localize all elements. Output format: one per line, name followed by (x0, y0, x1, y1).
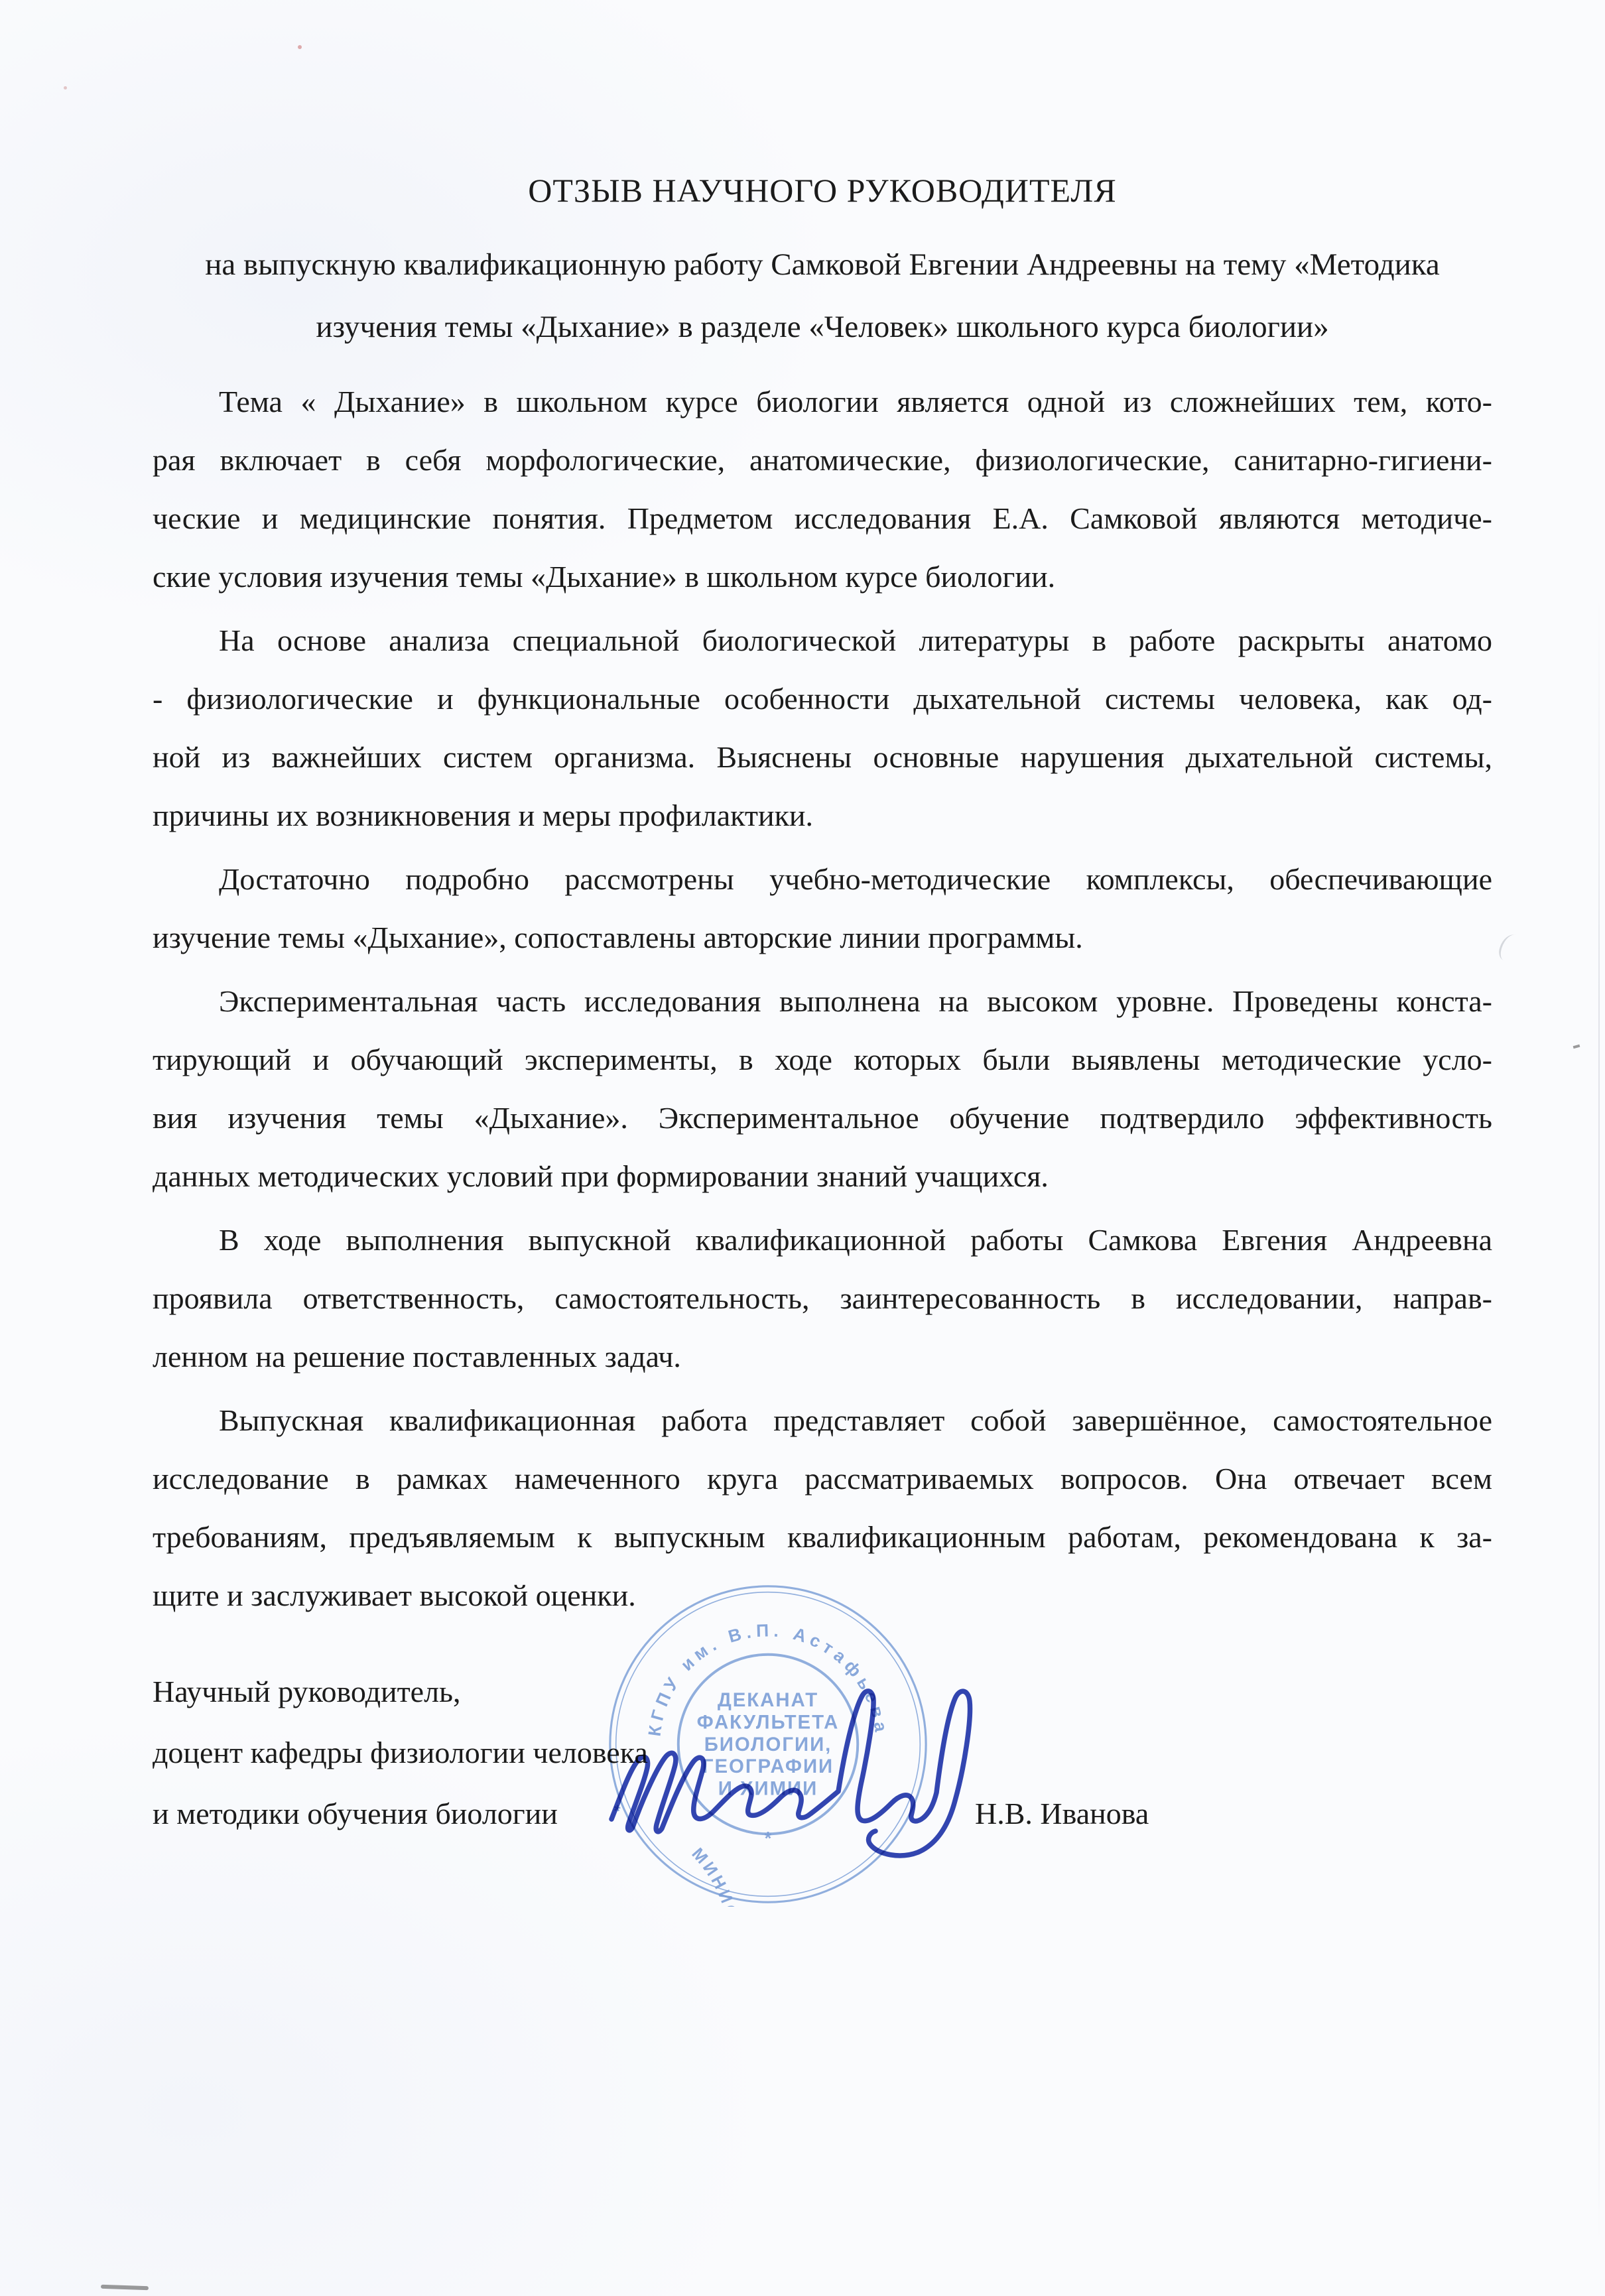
scanned-review-document: ОТЗЫВ НАУЧНОГО РУКОВОДИТЕЛЯ на выпускную… (0, 0, 1605, 2296)
text-line: ческие и медицинские понятия. Предметом … (153, 489, 1492, 548)
page-title: ОТЗЫВ НАУЧНОГО РУКОВОДИТЕЛЯ (153, 167, 1492, 214)
paragraph: Достаточно подробно рассмотрены учебно-м… (153, 850, 1492, 967)
scan-crease (1496, 932, 1523, 964)
paragraph: В ходе выполнения выпускной квалификацио… (153, 1211, 1492, 1386)
text-line: ленном на решение поставленных задач. (153, 1328, 1492, 1386)
scan-speck (64, 86, 67, 90)
signature-graphic (597, 1661, 995, 1867)
subtitle-line: изучения темы «Дыхание» в разделе «Челов… (153, 296, 1492, 358)
signature-stroke (611, 1691, 970, 1856)
text-line: Достаточно подробно рассмотрены учебно-м… (153, 850, 1492, 909)
document-body: Тема « Дыхание» в школьном курсе биологи… (153, 373, 1492, 1625)
text-line: требованиям, предъявляемым к выпускным к… (153, 1508, 1492, 1566)
document-subtitle: на выпускную квалификационную работу Сам… (153, 233, 1492, 358)
text-line: вия изучения темы «Дыхание». Эксперимент… (153, 1089, 1492, 1147)
text-line: - физиологические и функциональные особе… (153, 670, 1492, 728)
scan-speck (298, 45, 302, 49)
scan-edge-line (1598, 597, 1600, 2242)
text-line: исследование в рамках намеченного круга … (153, 1450, 1492, 1508)
text-line: рая включает в себя морфологические, ана… (153, 431, 1492, 489)
scan-speck (101, 2285, 149, 2291)
text-line: На основе анализа специальной биологичес… (153, 611, 1492, 670)
paragraph: На основе анализа специальной биологичес… (153, 611, 1492, 845)
scan-speck (1573, 1045, 1580, 1049)
paragraph: Экспериментальная часть исследования вып… (153, 972, 1492, 1206)
signer-name: Н.В. Иванова (975, 1783, 1149, 1844)
text-line: В ходе выполнения выпускной квалификацио… (153, 1211, 1492, 1269)
handwritten-signature (597, 1661, 995, 1867)
text-line: ной из важнейших систем организма. Выясн… (153, 728, 1492, 787)
text-line: причины их возникновения и меры профилак… (153, 787, 1492, 845)
subtitle-line: на выпускную квалификационную работу Сам… (153, 233, 1492, 296)
text-line: изучение темы «Дыхание», сопоставлены ав… (153, 909, 1492, 967)
text-line: Выпускная квалификационная работа предст… (153, 1391, 1492, 1450)
text-line: данных методических условий при формиров… (153, 1147, 1492, 1206)
text-line: Тема « Дыхание» в школьном курсе биологи… (153, 373, 1492, 431)
text-line: ские условия изучения темы «Дыхание» в ш… (153, 548, 1492, 606)
text-line: тирующий и обучающий эксперименты, в ход… (153, 1031, 1492, 1089)
text-line: проявила ответственность, самостоятельно… (153, 1269, 1492, 1328)
text-line: Экспериментальная часть исследования вып… (153, 972, 1492, 1031)
paragraph: Тема « Дыхание» в школьном курсе биологи… (153, 373, 1492, 606)
